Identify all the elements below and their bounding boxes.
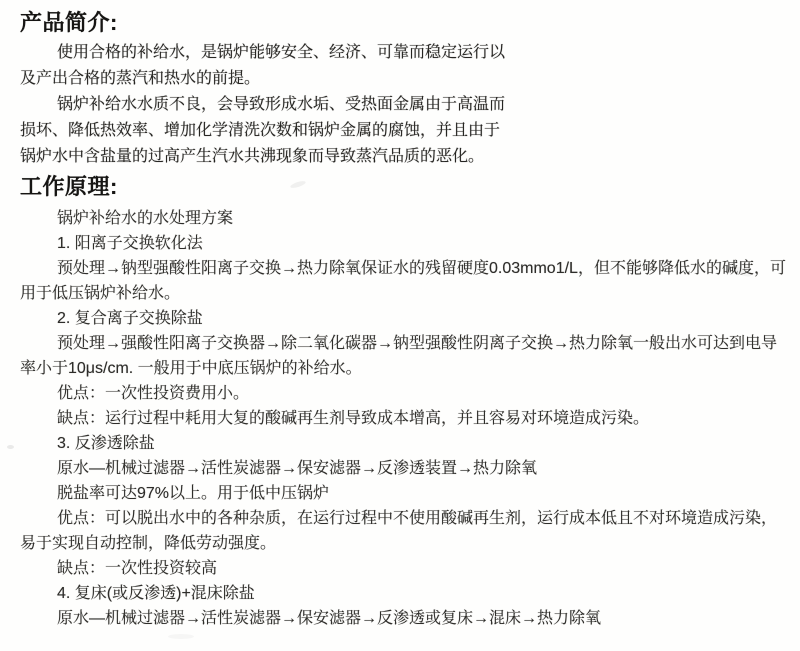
text-line: 优点：一次性投资费用小。 <box>20 381 792 406</box>
text-line: 原水—机械过滤器→活性炭滤器→保安滤器→反渗透或复床→混床→热力除氧 <box>20 606 792 631</box>
text-line: 锅炉水中含盐量的过高产生汽水共沸现象而导致蒸汽品质的恶化。 <box>20 144 792 170</box>
working-principle-body: 锅炉补给水的水处理方案1. 阳离子交换软化法预处理→钠型强酸性阳离子交换→热力除… <box>20 206 792 631</box>
text-line: 锅炉补给水水质不良，会导致形成水垢、受热面金属由于高温而 <box>20 92 792 118</box>
scan-smudge <box>7 445 14 449</box>
text-line: 易于实现自动控制，降低劳动强度。 <box>20 531 792 556</box>
text-line: 用于低压锅炉补给水。 <box>20 281 792 306</box>
text-line: 脱盐率可达97%以上。用于低中压锅炉 <box>20 481 792 506</box>
text-line: 4. 复床(或反渗透)+混床除盐 <box>20 581 792 606</box>
text-line: 损坏、降低热效率、增加化学清洗次数和锅炉金属的腐蚀，并且由于 <box>20 118 792 144</box>
scanned-document-page: 产品简介: 使用合格的补给水，是锅炉能够安全、经济、可靠而稳定运行以及产出合格的… <box>0 0 800 651</box>
product-intro-body: 使用合格的补给水，是锅炉能够安全、经济、可靠而稳定运行以及产出合格的蒸汽和热水的… <box>20 40 792 170</box>
text-line: 2. 复合离子交换除盐 <box>20 306 792 331</box>
text-line: 优点：可以脱出水中的各种杂质，在运行过程中不使用酸碱再生剂，运行成本低且不对环境… <box>20 506 792 531</box>
text-line: 预处理→钠型强酸性阳离子交换→热力除氧保证水的残留硬度0.03mmo1/L，但不… <box>20 256 792 281</box>
text-line: 使用合格的补给水，是锅炉能够安全、经济、可靠而稳定运行以 <box>20 40 792 66</box>
section-heading-working-principle: 工作原理: <box>20 175 792 199</box>
text-line: 预处理→强酸性阳离子交换器→除二氧化碳器→钠型强酸性阴离子交换→热力除氧一般出水… <box>20 331 792 356</box>
text-line: 及产出合格的蒸汽和热水的前提。 <box>20 66 792 92</box>
text-line: 率小于10μs/cm. 一般用于中底压锅炉的补给水。 <box>20 356 792 381</box>
text-line: 3. 反渗透除盐 <box>20 431 792 456</box>
text-line: 原水—机械过滤器→活性炭滤器→保安滤器→反渗透装置→热力除氧 <box>20 456 792 481</box>
section-heading-product-intro: 产品简介: <box>20 11 792 35</box>
text-line: 锅炉补给水的水处理方案 <box>20 206 792 231</box>
text-line: 1. 阳离子交换软化法 <box>20 231 792 256</box>
text-line: 缺点：一次性投资较高 <box>20 556 792 581</box>
text-line: 缺点：运行过程中耗用大复的酸碱再生剂导致成本增高，并且容易对环境造成污染。 <box>20 406 792 431</box>
scan-smudge <box>168 634 194 639</box>
